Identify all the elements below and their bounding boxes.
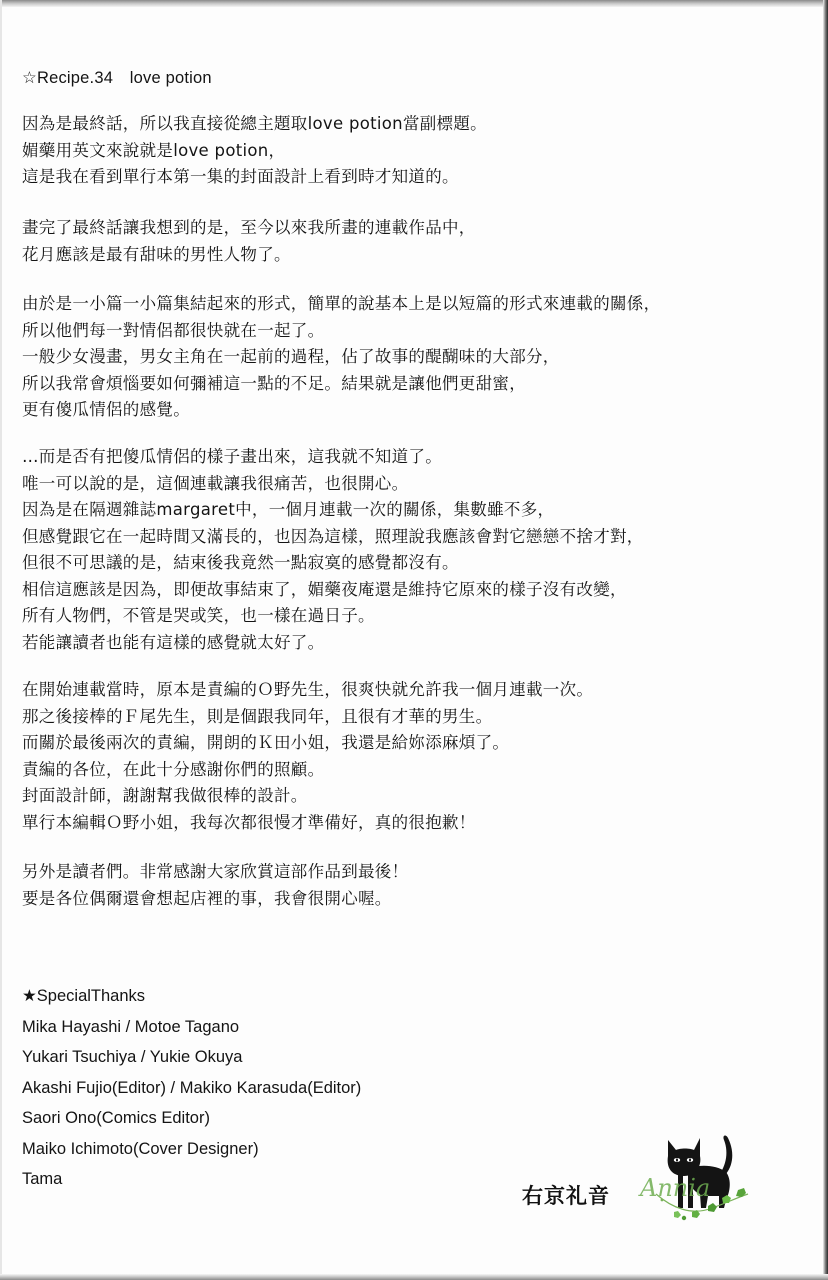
page-bottom-edge xyxy=(0,1274,828,1280)
text-line: …而是否有把傻瓜情侶的樣子畫出來，這我就不知道了。 xyxy=(22,444,644,471)
credit-line: Tama xyxy=(22,1164,361,1195)
text-line: 那之後接棒的Ｆ尾先生，則是個跟我同年，且很有才華的男生。 xyxy=(22,704,593,731)
paragraph-story-format: 由於是一小篇一小篇集結起來的形式，簡單的說基本上是以短篇的形式來連載的關係， 所… xyxy=(22,291,660,424)
text-line: 要是各位偶爾還會想起店裡的事，我會很開心喔。 xyxy=(22,886,408,913)
credit-line: Maiko Ichimoto(Cover Designer) xyxy=(22,1134,361,1165)
text-line: 但很不可思議的是，結束後我竟然一點寂寞的感覺都沒有。 xyxy=(22,550,644,577)
text-line: 因為是在隔週雜誌margaret中，一個月連載一次的關係，集數雖不多， xyxy=(22,497,644,524)
text-line: 媚藥用英文來說就是love potion， xyxy=(22,138,487,165)
page-top-edge xyxy=(0,0,828,7)
credit-line: Saori Ono(Comics Editor) xyxy=(22,1103,361,1134)
text-line: 一般少女漫畫，男女主角在一起前的過程，佔了故事的醍醐味的大部分， xyxy=(22,344,660,371)
text-line: 所有人物們，不管是哭或笑，也一樣在過日子。 xyxy=(22,603,644,630)
special-thanks-list: ★SpecialThanks Mika Hayashi / Motoe Taga… xyxy=(22,981,361,1195)
paragraph-reflection: …而是否有把傻瓜情侶的樣子畫出來，這我就不知道了。 唯一可以說的是，這個連載讓我… xyxy=(22,444,644,656)
text-line: 封面設計師，謝謝幫我做很棒的設計。 xyxy=(22,783,593,810)
paragraph-subtitle-origin: 因為是最終話，所以我直接從總主題取love potion當副標題。 媚藥用英文來… xyxy=(22,111,487,191)
text-line: 另外是讀者們。非常感謝大家欣賞這部作品到最後！ xyxy=(22,859,408,886)
ivy-vine-icon xyxy=(652,1186,752,1222)
text-line: 但感覺跟它在一起時間又滿長的，也因為這樣，照理說我應該會對它戀戀不捨才對， xyxy=(22,524,644,551)
text-line: 若能讓讀者也能有這樣的感覺就太好了。 xyxy=(22,630,644,657)
page-left-edge xyxy=(0,0,2,1280)
text-line: 唯一可以說的是，這個連載讓我很痛苦，也很開心。 xyxy=(22,471,644,498)
paragraph-reader-thanks: 另外是讀者們。非常感謝大家欣賞這部作品到最後！ 要是各位偶爾還會想起店裡的事，我… xyxy=(22,859,408,912)
author-signature: 右京礼音 Annia xyxy=(522,1130,752,1220)
text-line: 花月應該是最有甜味的男性人物了。 xyxy=(22,242,476,269)
page-right-edge xyxy=(823,0,828,1280)
paragraph-editor-thanks: 在開始連載當時，原本是責編的Ｏ野先生，很爽快就允許我一個月連載一次。 那之後接棒… xyxy=(22,677,593,836)
text-line: 更有傻瓜情侶的感覺。 xyxy=(22,397,660,424)
text-line: 在開始連載當時，原本是責編的Ｏ野先生，很爽快就允許我一個月連載一次。 xyxy=(22,677,593,704)
text-line: 這是我在看到單行本第一集的封面設計上看到時才知道的。 xyxy=(22,164,487,191)
text-line: 因為是最終話，所以我直接從總主題取love potion當副標題。 xyxy=(22,111,487,138)
credit-line: Yukari Tsuchiya / Yukie Okuya xyxy=(22,1042,361,1073)
scanned-page: ☆Recipe.34 love potion 因為是最終話，所以我直接從總主題取… xyxy=(0,0,828,1280)
text-line: 所以我常會煩惱要如何彌補這一點的不足。結果就是讓他們更甜蜜， xyxy=(22,371,660,398)
text-line: 責編的各位，在此十分感謝你們的照顧。 xyxy=(22,757,593,784)
text-line: 相信這應該是因為，即便故事結束了，媚藥夜庵還是維持它原來的樣子沒有改變， xyxy=(22,577,644,604)
chapter-heading: ☆Recipe.34 love potion xyxy=(22,64,212,88)
text-line: 所以他們每一對情侶都很快就在一起了。 xyxy=(22,318,660,345)
text-line: 由於是一小篇一小篇集結起來的形式，簡單的說基本上是以短篇的形式來連載的關係， xyxy=(22,291,660,318)
special-thanks-title: ★SpecialThanks xyxy=(22,981,361,1012)
text-line: 而關於最後兩次的責編，開朗的Ｋ田小姐，我還是給妳添麻煩了。 xyxy=(22,730,593,757)
paragraph-sweet-character: 畫完了最終話讓我想到的是，至今以來我所畫的連載作品中， 花月應該是最有甜味的男性… xyxy=(22,215,476,268)
text-line: 單行本編輯Ｏ野小姐，我每次都很慢才準備好，真的很抱歉！ xyxy=(22,810,593,837)
author-name: 右京礼音 xyxy=(522,1180,610,1210)
credit-line: Mika Hayashi / Motoe Tagano xyxy=(22,1012,361,1043)
credit-line: Akashi Fujio(Editor) / Makiko Karasuda(E… xyxy=(22,1073,361,1104)
text-line: 畫完了最終話讓我想到的是，至今以來我所畫的連載作品中， xyxy=(22,215,476,242)
